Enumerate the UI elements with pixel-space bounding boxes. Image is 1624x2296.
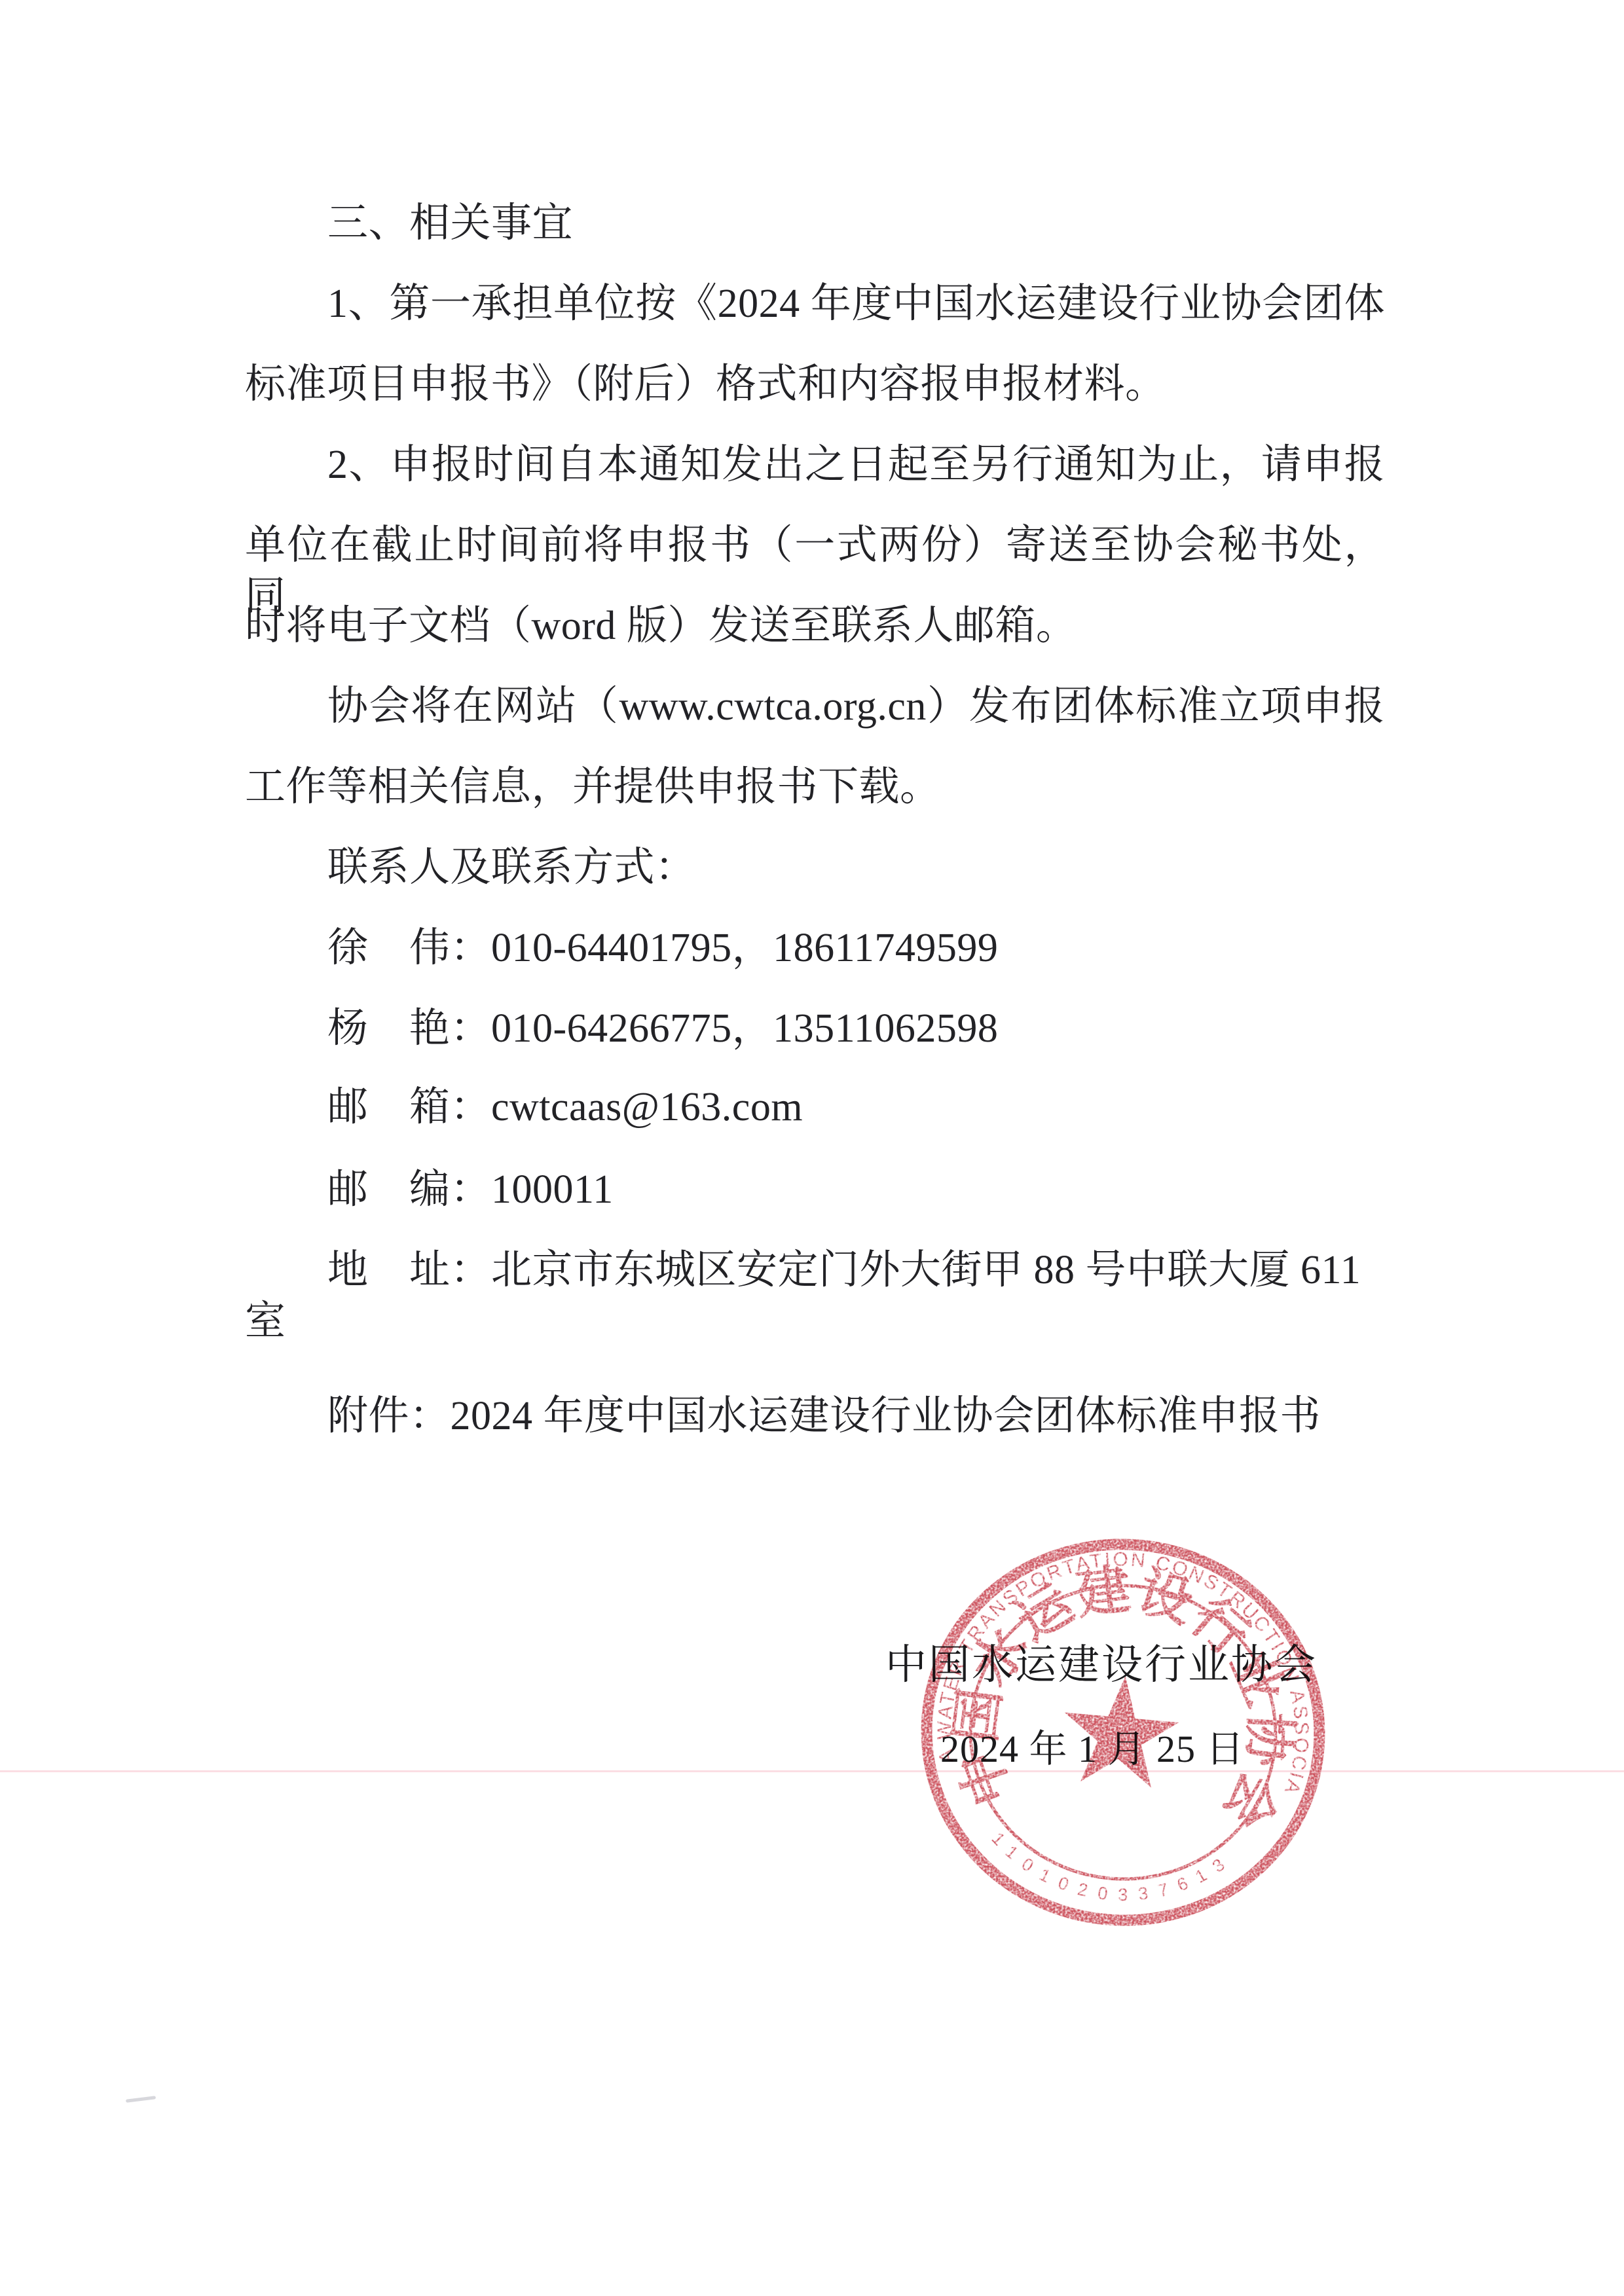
scanned-document-page: 三、相关事宜 1、第一承担单位按《2024 年度中国水运建设行业协会团体 标准项… <box>0 0 1624 2296</box>
body-line: 协会将在网站（www.cwtca.org.cn）发布团体标准立项申报 <box>245 681 1385 732</box>
attachment-line: 附件：2024 年度中国水运建设行业协会团体标准申报书 <box>245 1391 1385 1442</box>
contact-line-address: 地 址：北京市东城区安定门外大街甲 88 号中联大厦 611 室 <box>245 1245 1385 1347</box>
body-line: 1、第一承担单位按《2024 年度中国水运建设行业协会团体 <box>245 278 1385 329</box>
contact-line-postcode: 邮 编：100011 <box>245 1164 1385 1215</box>
scan-artifact-line <box>0 1770 1624 1772</box>
red-star-icon <box>1059 1671 1183 1789</box>
section-heading: 三、相关事宜 <box>245 198 1385 249</box>
body-line: 2、申报时间自本通知发出之日起至另行通知为止，请申报 <box>245 439 1385 490</box>
contact-heading: 联系人及联系方式： <box>245 842 1385 893</box>
contact-line-phone: 徐 伟：010-64401795，18611749599 <box>245 922 1385 974</box>
body-line: 时将电子文档（word 版）发送至联系人邮箱。 <box>245 600 1385 651</box>
body-line: 工作等相关信息，并提供申报书下载。 <box>245 761 1385 812</box>
body-line: 标准项目申报书》（附后）格式和内容报申报材料。 <box>245 359 1385 410</box>
official-seal: CHINA WATER TRANSPORTATION CONSTRUCTION … <box>913 1525 1333 1944</box>
contact-line-email: 邮 箱：cwtcaas@163.com <box>245 1082 1385 1133</box>
scan-artifact-mark <box>126 2096 156 2103</box>
contact-line-phone: 杨 艳：010-64266775，13511062598 <box>245 1003 1385 1054</box>
